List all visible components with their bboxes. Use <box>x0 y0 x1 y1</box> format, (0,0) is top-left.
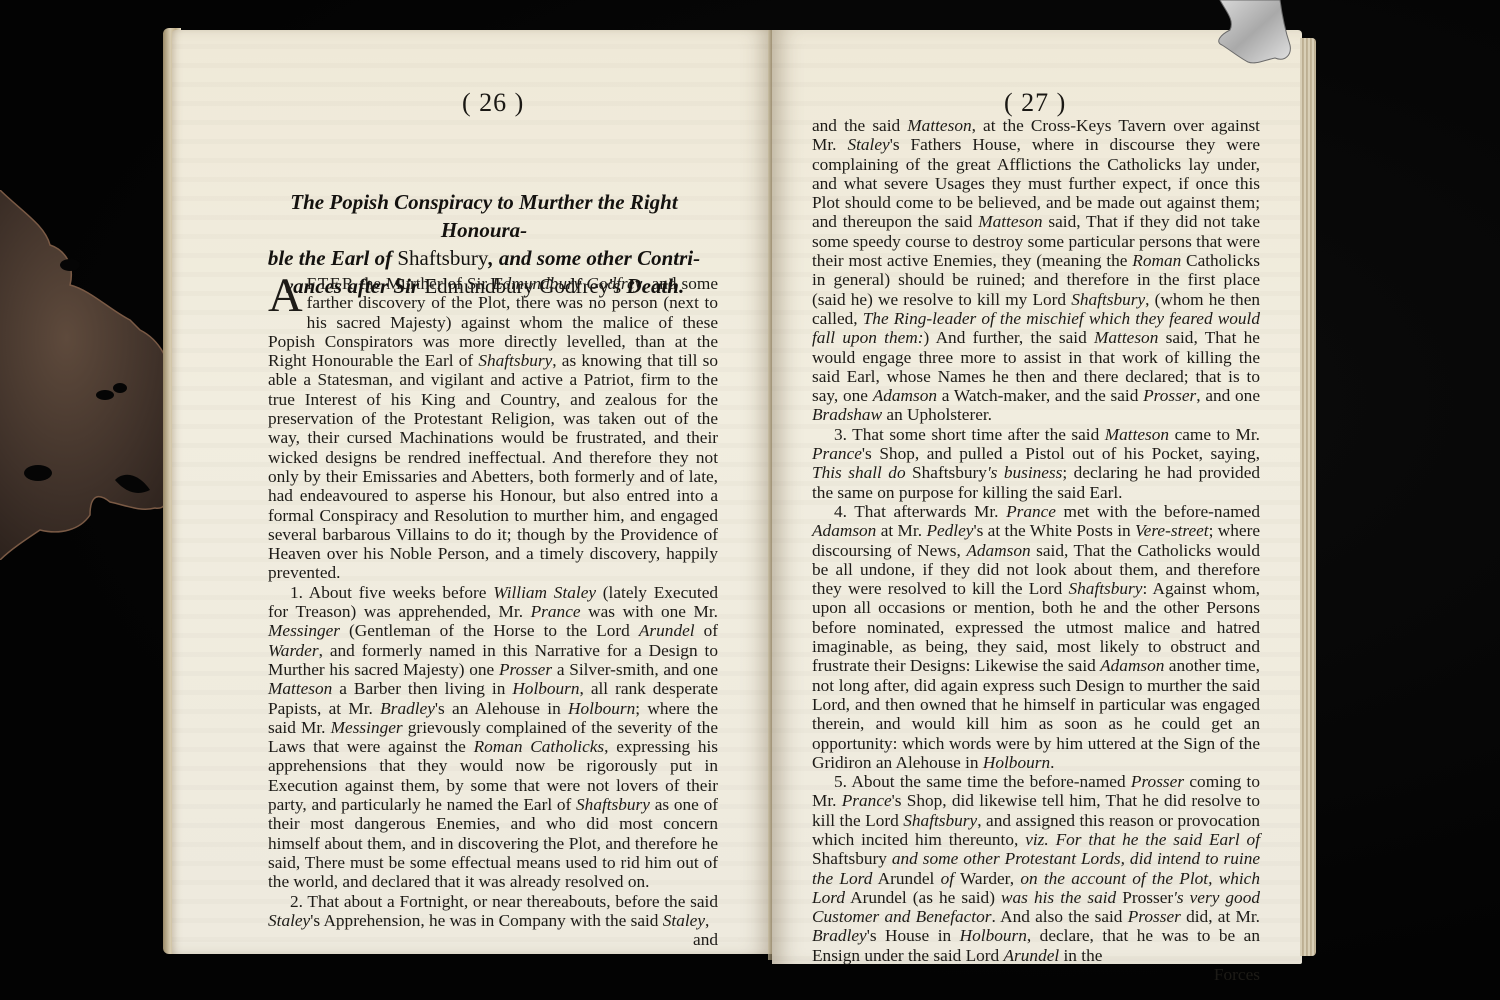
drop-cap: A <box>268 276 303 316</box>
body-text: AFTER the Murther of Sir Edmundbury Godf… <box>268 274 718 949</box>
page-number: ( 27 ) <box>1004 88 1066 118</box>
page-number: ( 26 ) <box>462 88 524 118</box>
paragraph-3: 3. That some short time after the said M… <box>812 425 1260 502</box>
right-page: ( 27 ) and the said Matteson, at the Cro… <box>772 30 1302 964</box>
left-page: ( 26 ) The Popish Conspiracy to Murther … <box>172 30 772 954</box>
continued-paragraph: and the said Matteson, at the Cross-Keys… <box>812 116 1260 425</box>
body-text: and the said Matteson, at the Cross-Keys… <box>812 116 1260 984</box>
catchword: Forces <box>812 965 1260 984</box>
paragraph-1: 1. About five weeks before William Stale… <box>268 583 718 892</box>
paragraph-2: 2. That about a Fortnight, or near there… <box>268 892 718 950</box>
catchword: and <box>268 930 718 949</box>
right-page-edges <box>1300 38 1316 956</box>
silver-page-weight-icon <box>1200 0 1320 70</box>
paragraph-5: 5. About the same time the before-named … <box>812 772 1260 984</box>
paragraph-4: 4. That afterwards Mr. Prance met with t… <box>812 502 1260 772</box>
intro-paragraph: AFTER the Murther of Sir Edmundbury Godf… <box>268 274 718 583</box>
